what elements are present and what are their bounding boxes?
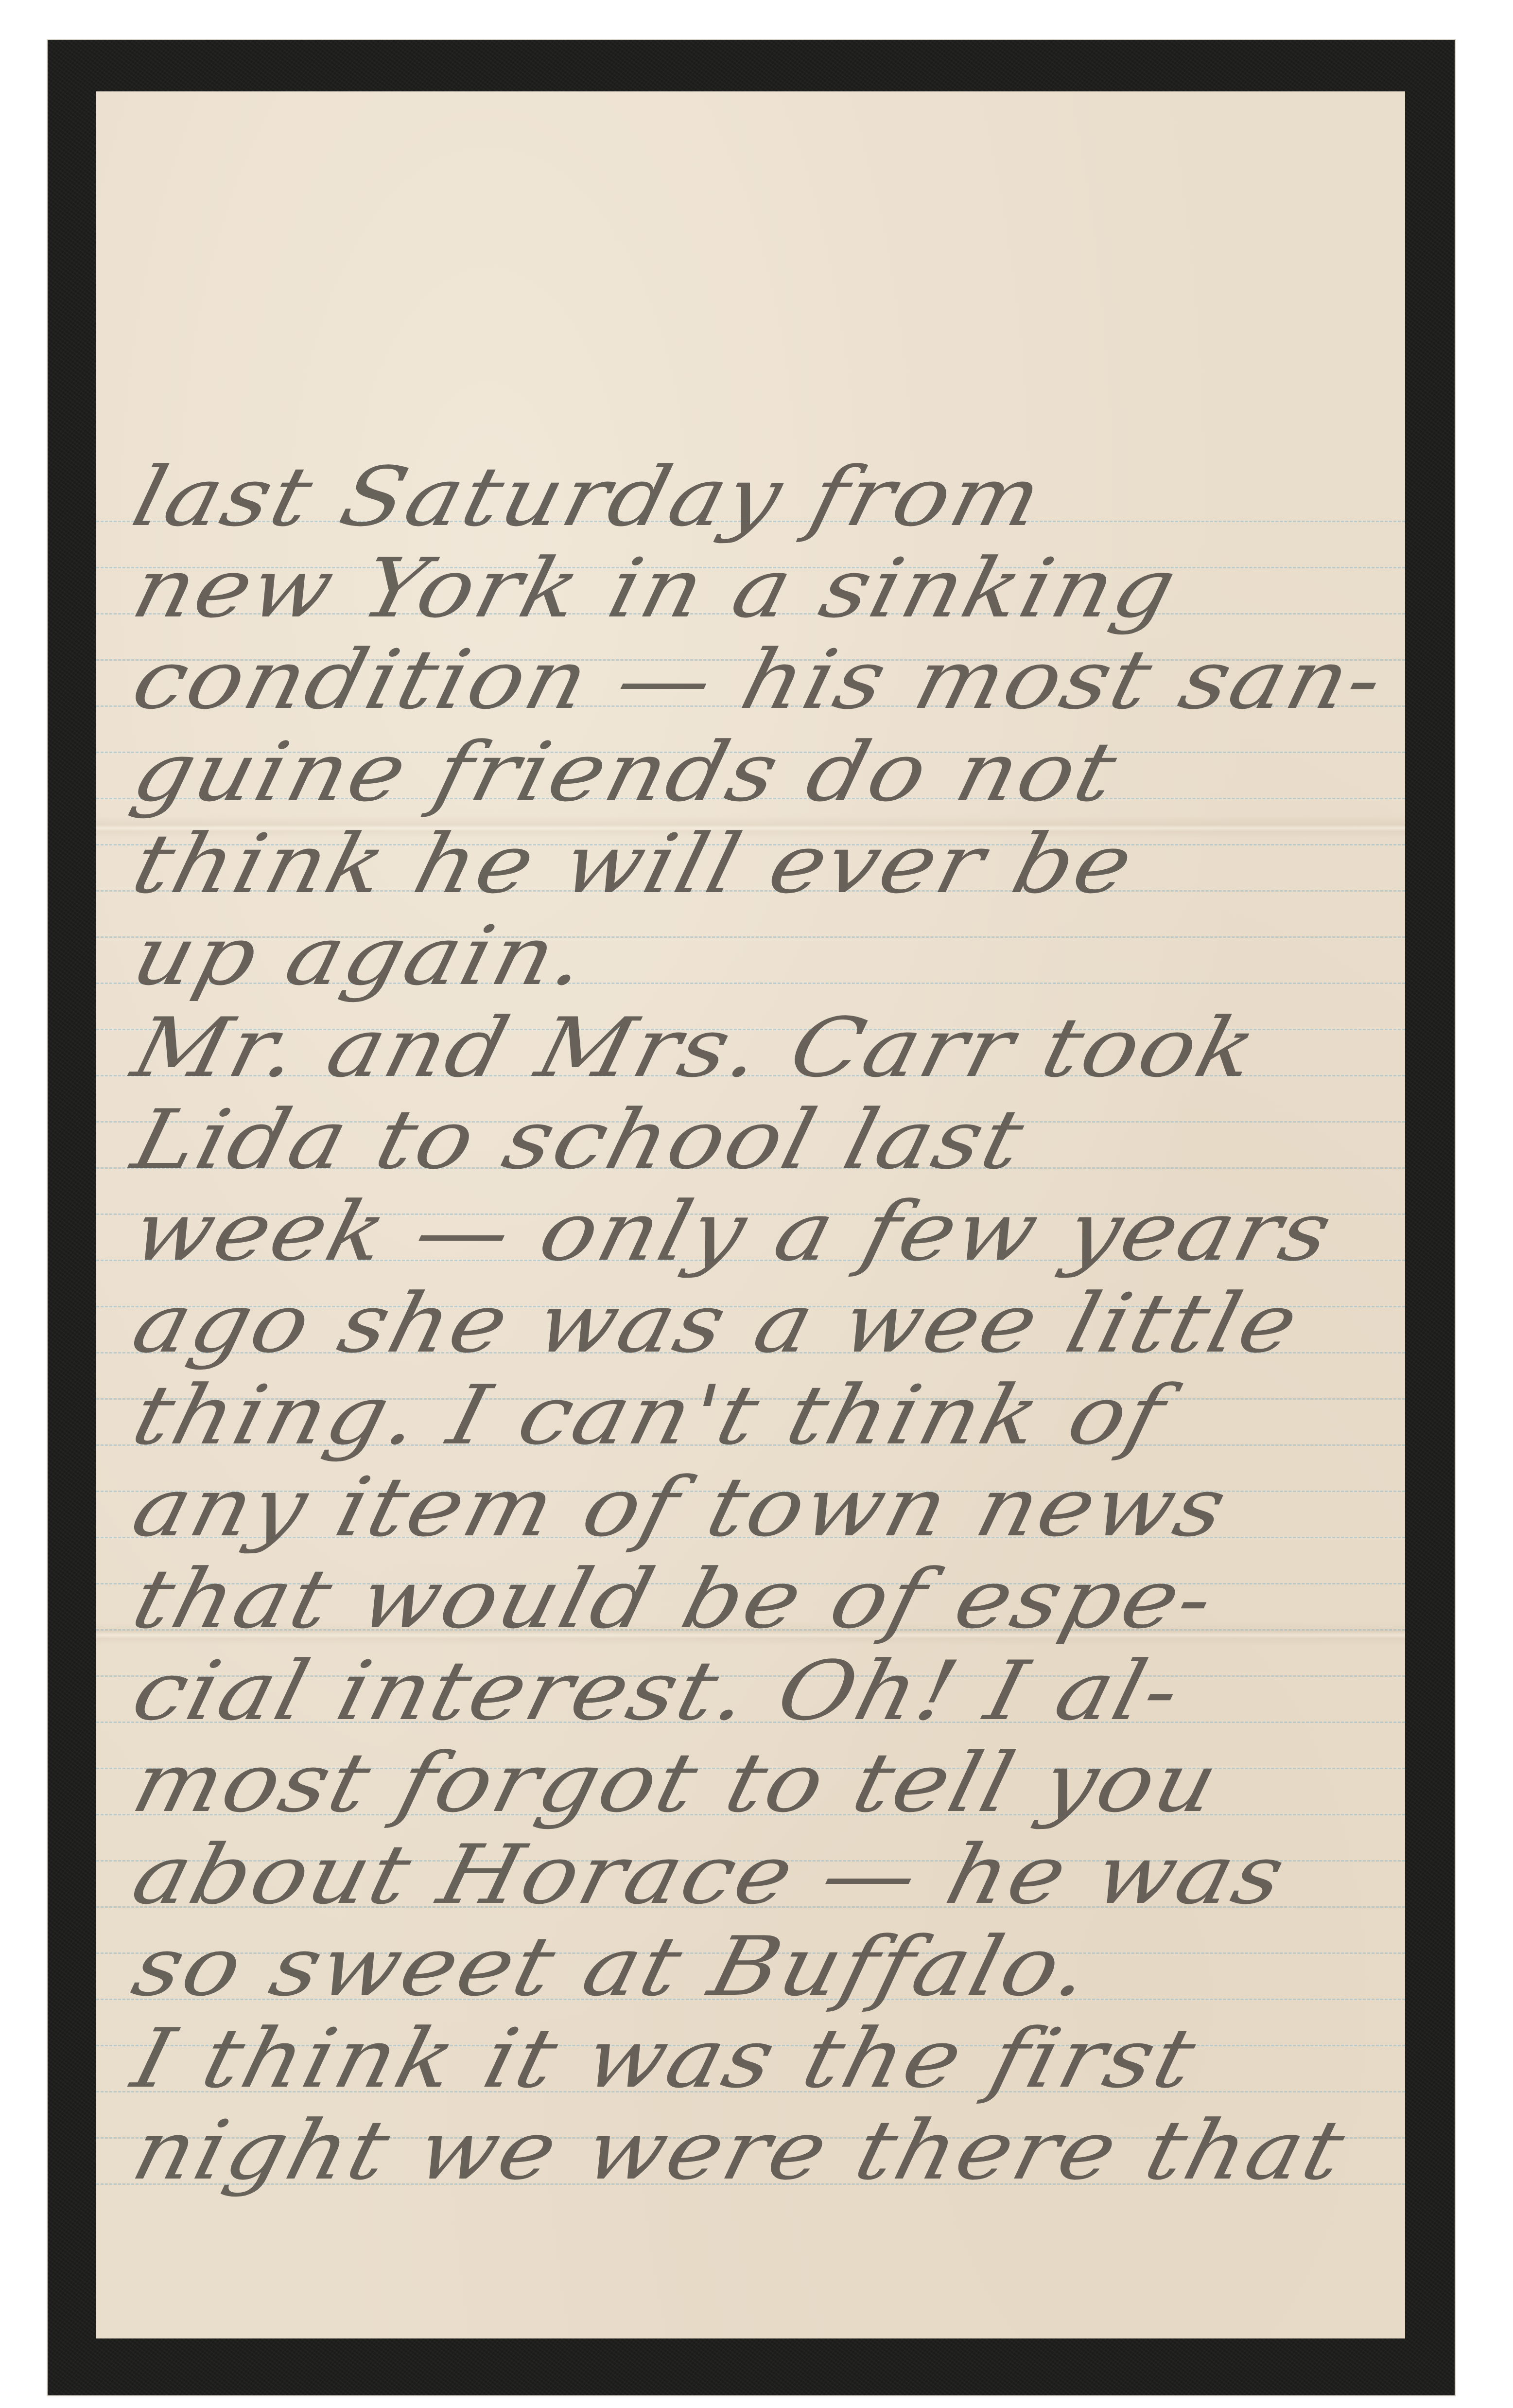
handwritten-line: condition — his most san- (125, 639, 1392, 721)
handwritten-line: I think it was the first (125, 2018, 1205, 2099)
handwritten-line: week — only a few years (125, 1191, 1341, 1272)
mourning-letter-sheet: last Saturday from new York in a sinking… (48, 40, 1455, 2395)
handwritten-line: thing. I can't think of (125, 1374, 1174, 1456)
handwritten-line: cial interest. Oh! I al- (125, 1650, 1190, 1732)
handwritten-line: up again. (125, 915, 597, 997)
handwritten-line: ago she was a wee little (125, 1283, 1307, 1364)
letter-paper: last Saturday from new York in a sinking… (96, 91, 1405, 2338)
handwritten-line: Lida to school last (125, 1099, 1033, 1180)
handwritten-line: about Horace — he was (125, 1834, 1294, 1916)
handwritten-line: guine friends do not (125, 731, 1126, 813)
handwritten-line: any item of town news (125, 1466, 1236, 1548)
handwritten-line: Mr. and Mrs. Carr took (125, 1007, 1266, 1089)
handwritten-line: most forgot to tell you (125, 1742, 1227, 1824)
handwritten-line: new York in a sinking (125, 547, 1185, 629)
handwritten-line: last Saturday from (125, 456, 1051, 538)
handwritten-line: think he will ever be (125, 823, 1142, 905)
handwritten-line: so sweet at Buffalo. (125, 1926, 1100, 2007)
handwritten-line: that would be of espe- (125, 1558, 1223, 1640)
handwritten-line: night we were there that (125, 2109, 1354, 2191)
